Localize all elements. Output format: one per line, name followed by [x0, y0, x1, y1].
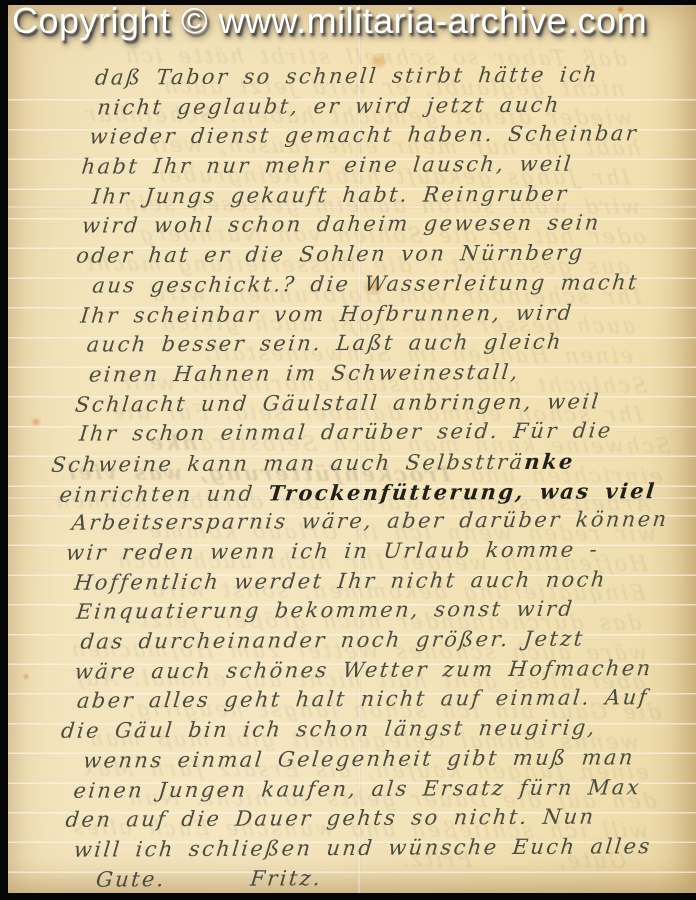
- handwriting-segment: wäre auch schönes Wetter zum Hofmachen: [74, 656, 654, 684]
- handwriting-line: die Gäul bin ich schon längst neugirig,: [60, 713, 696, 747]
- handwriting-line: einrichten und Trockenfütterung, was vie…: [58, 476, 696, 510]
- handwriting-line: daß Tabor so schnell stirbt hätte ich: [94, 60, 696, 93]
- handwriting-segment: Einquatierung bekommen, sonst wird: [75, 597, 575, 624]
- handwriting-line: wenns einmal Gelegenheit gibt muß man: [82, 743, 696, 776]
- handwriting-line: aus geschickt.? die Wasserleitung macht: [91, 268, 696, 301]
- handwriting-segment: den auf die Dauer gehts so nicht. Nun: [65, 805, 597, 832]
- handwriting-segment: einen Hahnen im Schweinestall,: [88, 360, 521, 387]
- handwriting-line: Einquatierung bekommen, sonst wird: [75, 594, 696, 628]
- handwriting-segment: das durcheinander noch größer. Jetzt: [79, 627, 585, 654]
- handwriting-line: Schlacht und Gäulstall anbringen, weil: [74, 386, 696, 420]
- handwriting-segment-dark-ink: Trockenfütterung, was viel: [267, 478, 657, 505]
- handwriting-segment: daß Tabor so schnell stirbt hätte ich: [94, 62, 600, 89]
- handwriting-line: nicht geglaubt, er wird jetzt auch: [96, 90, 696, 123]
- handwriting-line: den auf die Dauer gehts so nicht. Nun: [64, 802, 696, 836]
- handwriting-segment: Ihr Jungs gekauft habt. Reingruber: [91, 181, 570, 208]
- handwriting-segment: will ich schließen und wünsche Euch alle…: [73, 834, 653, 862]
- handwriting-segment: oder hat er die Sohlen von Nürnberg: [75, 241, 586, 268]
- handwriting-line: auch besser sein. Laßt auch gleich: [85, 327, 696, 360]
- handwriting-segment: Arbeitsersparnis wäre, aber darüber könn…: [71, 507, 670, 535]
- handwriting-segment: habt Ihr nur mehr eine lausch, weil: [81, 152, 575, 179]
- scanned-letter-page: daß Tabor so schnell stirbt hätte ichnic…: [0, 0, 696, 900]
- handwriting-segment: aus geschickt.? die Wasserleitung macht: [91, 270, 640, 297]
- handwriting-segment: Ihr scheinbar vom Hofbrunnen, wird: [79, 300, 574, 327]
- handwriting-line: Ihr schon einmal darüber seid. Für die: [78, 416, 696, 449]
- handwriting-segment: aber alles geht halt nicht auf einmal. A…: [76, 686, 650, 714]
- handwriting-line: wäre auch schönes Wetter zum Hofmachen: [73, 654, 696, 688]
- handwriting-line: Ihr Jungs gekauft habt. Reingruber: [90, 179, 696, 212]
- handwriting-segment: einen Jungen kaufen, als Ersatz fürn Max: [72, 775, 642, 802]
- handwriting-line: wir reden wenn ich in Urlaub komme -: [65, 535, 696, 569]
- handwriting-line: einen Hahnen im Schweinestall,: [87, 357, 696, 390]
- handwriting-line: Ihr scheinbar vom Hofbrunnen, wird: [79, 297, 696, 330]
- handwriting-segment: wieder dienst gemacht haben. Scheinbar: [88, 122, 639, 149]
- handwriting-segment: einrichten und: [58, 481, 269, 506]
- handwriting-segment: die Gäul bin ich schon längst neugirig,: [60, 716, 598, 743]
- handwriting-segment: wir reden wenn ich in Urlaub komme -: [65, 537, 600, 564]
- handwriting-segment: Schweine kann man auch Selbstträ: [50, 450, 525, 477]
- handwriting-line: das durcheinander noch größer. Jetzt: [79, 624, 696, 657]
- handwriting-segment: nicht geglaubt, er wird jetzt auch: [96, 92, 562, 119]
- handwriting-line: habt Ihr nur mehr eine lausch, weil: [80, 149, 696, 182]
- handwriting-line: aber alles geht halt nicht auf einmal. A…: [75, 683, 696, 717]
- handwriting-segment: Schlacht und Gäulstall anbringen, weil: [74, 389, 602, 416]
- handwriting-segment: Hoffentlich werdet Ihr nicht auch noch: [73, 567, 608, 594]
- handwriting-segment: wenns einmal Gelegenheit gibt muß man: [82, 745, 636, 772]
- handwriting-segment: wird wohl schon daheim gewesen sein: [81, 211, 602, 238]
- handwriting-line: Schweine kann man auch Selbsttränke: [50, 446, 696, 480]
- letter-paper: daß Tabor so schnell stirbt hätte ichnic…: [8, 5, 696, 893]
- handwriting-segment: Gute. Fritz.: [95, 866, 324, 891]
- handwriting-line: will ich schließen und wünsche Euch alle…: [72, 832, 696, 866]
- handwriting-line: Arbeitsersparnis wäre, aber darüber könn…: [70, 505, 696, 539]
- copyright-watermark: Copyright © www.militaria-archive.com: [12, 0, 647, 42]
- handwriting-line: oder hat er die Sohlen von Nürnberg: [75, 238, 696, 271]
- handwriting-segment: Ihr schon einmal darüber seid. Für die: [78, 419, 614, 446]
- handwriting-line: wieder dienst gemacht haben. Scheinbar: [88, 119, 696, 152]
- handwriting-segment-dark-ink: nke: [523, 449, 576, 474]
- handwriting-line: Hoffentlich werdet Ihr nicht auch noch: [73, 565, 696, 599]
- handwriting-segment: auch besser sein. Laßt auch gleich: [86, 330, 565, 357]
- handwriting-line: Gute. Fritz.: [95, 861, 696, 894]
- handwriting-line: wird wohl schon daheim gewesen sein: [81, 208, 696, 241]
- handwriting-text: daß Tabor so schnell stirbt hätte ichnic…: [5, 60, 696, 895]
- handwriting-line: einen Jungen kaufen, als Ersatz fürn Max: [72, 772, 696, 806]
